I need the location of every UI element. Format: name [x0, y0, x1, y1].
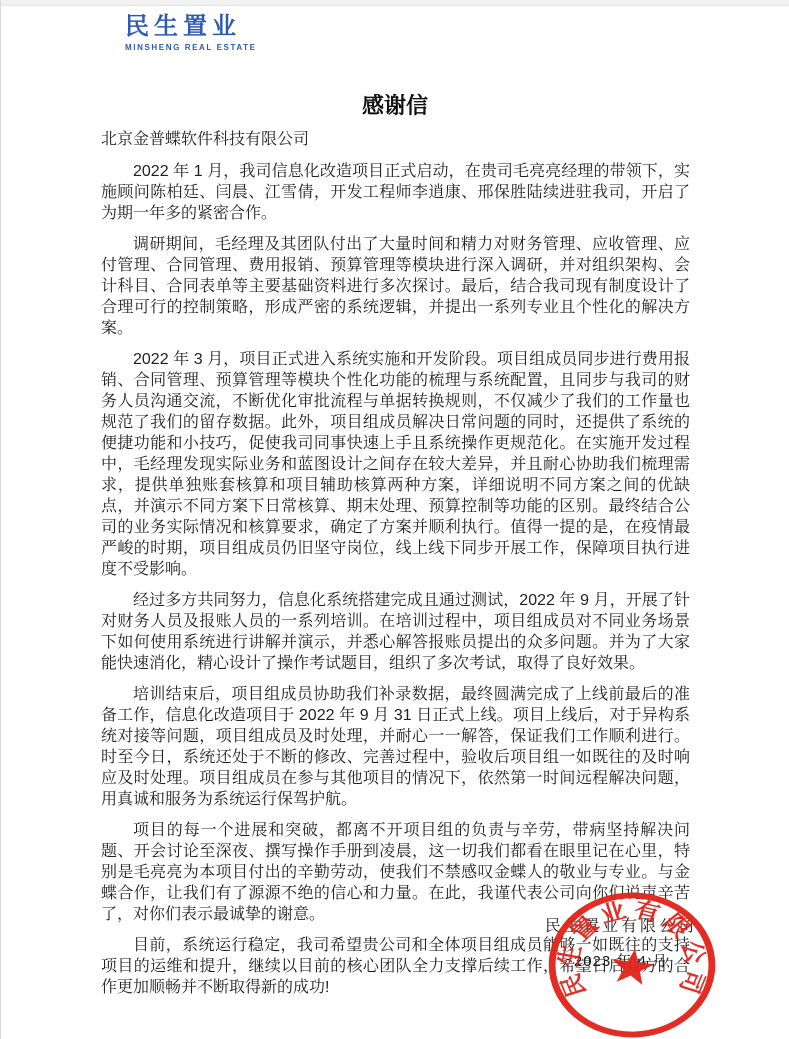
page-top-edge [1, 0, 789, 6]
company-seal-stamp: 民生置业有限公司 [547, 891, 717, 1039]
letter-title: 感谢信 [1, 89, 789, 120]
addressee-line: 北京金普蝶软件科技有限公司 [101, 129, 690, 150]
logo-chinese-text: 民生置业 [125, 13, 257, 41]
seal-star-icon [609, 946, 656, 986]
paragraph-3: 2022 年 3 月，项目正式进入系统实施和开发阶段。项目组成员同步进行费用报销… [101, 349, 690, 580]
logo-english-text: MINSHENG REAL ESTATE [125, 42, 257, 53]
letter-body: 北京金普蝶软件科技有限公司 2022 年 1 月，我司信息化改造项目正式启动，在… [101, 129, 690, 1008]
paragraph-1: 2022 年 1 月，我司信息化改造项目正式启动，在贵司毛亮亮经理的带领下，实施… [101, 161, 690, 224]
paragraph-4: 经过多方共同努力，信息化系统搭建完成且通过测试，2022 年 9 月，开展了针对… [101, 590, 690, 674]
paragraph-2: 调研期间，毛经理及其团队付出了大量时间和精力对财务管理、应收管理、应付管理、合同… [101, 234, 690, 339]
company-logo: 民生置业 MINSHENG REAL ESTATE [125, 13, 257, 53]
paragraph-5: 培训结束后，项目组成员协助我们补录数据，最终圆满完成了上线前最后的准备工作，信息… [101, 684, 690, 810]
letter-page: 民生置业 MINSHENG REAL ESTATE 感谢信 北京金普蝶软件科技有… [0, 0, 789, 1039]
